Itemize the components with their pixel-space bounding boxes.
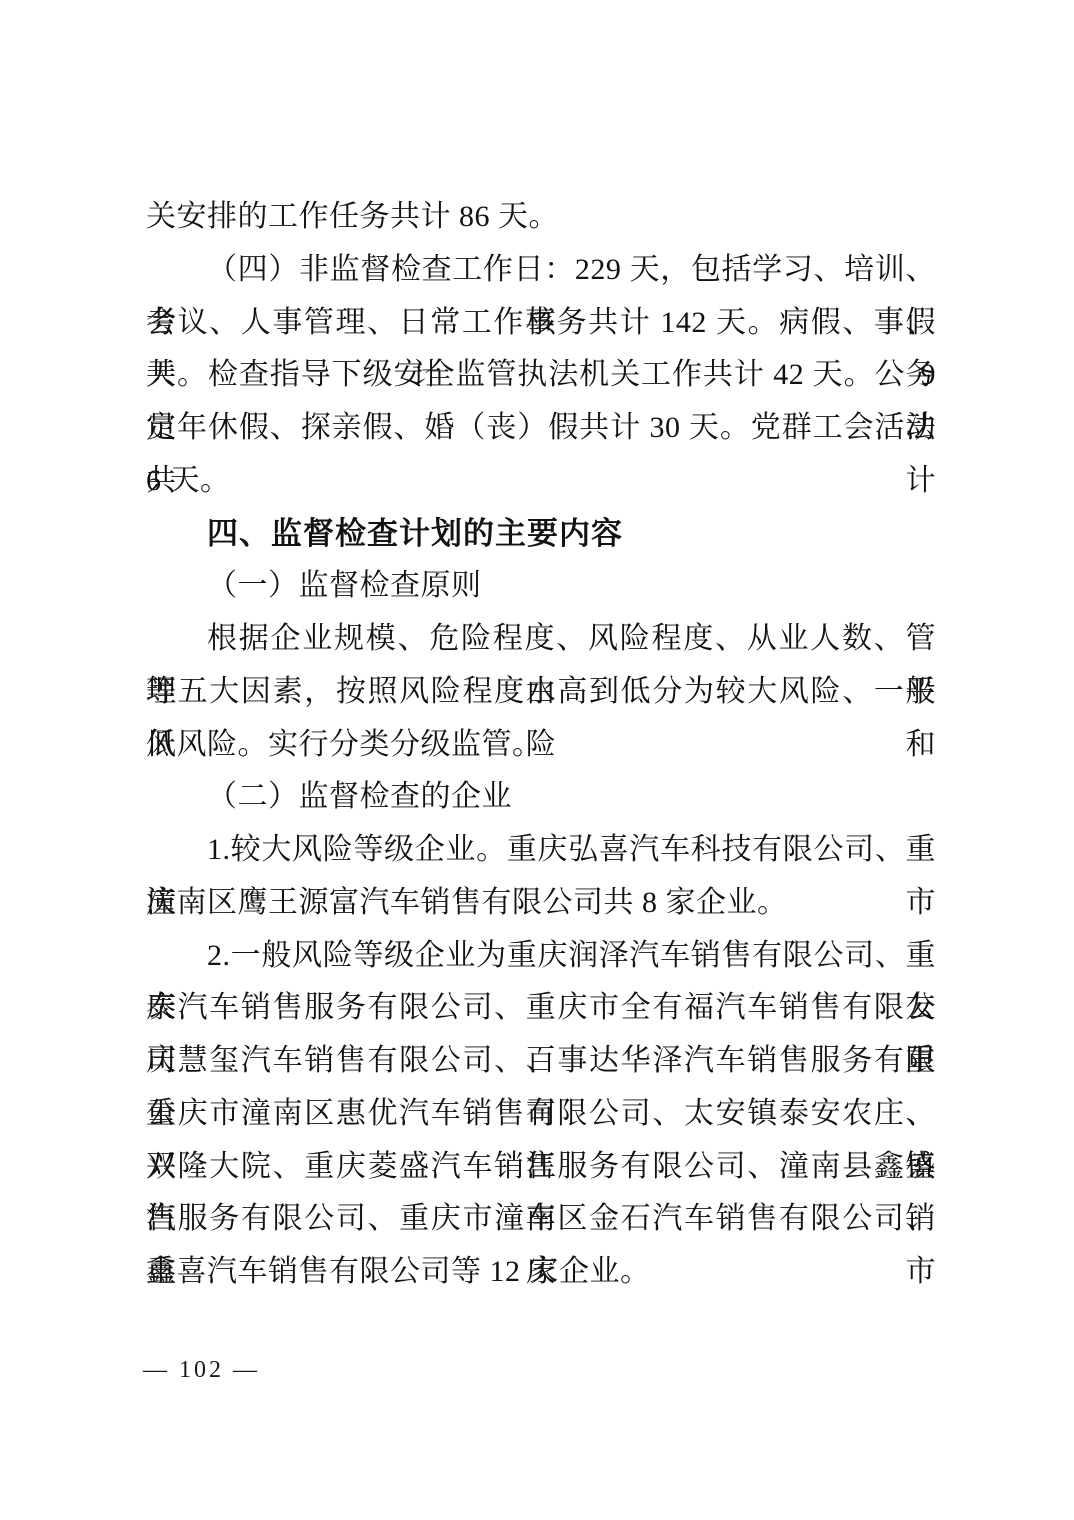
section-heading: 四、监督检查计划的主要内容 (146, 508, 936, 561)
body-line: 定年休假、探亲假、婚（丧）假共计 30 天。党群工会活动共计 (146, 402, 936, 455)
subsection-heading: （一）监督检查原则 (146, 560, 936, 613)
body-line: 1.较大风险等级企业。重庆弘喜汽车科技有限公司、重庆市 (146, 824, 936, 877)
body-line: 庆慧玺汽车销售有限公司、百事达华泽汽车销售服务有限公司、 (146, 1035, 936, 1088)
body-line: 等五大因素，按照风险程度由高到低分为较大风险、一般风险和 (146, 666, 936, 719)
body-line: 泰汽车销售服务有限公司、重庆市全有福汽车销售有限公司、重 (146, 982, 936, 1035)
body-line: 2.一般风险等级企业为重庆润泽汽车销售有限公司、重庆友 (146, 930, 936, 983)
body-line: 重庆市潼南区惠优汽车销售有限公司、太安镇泰安农庄、双江镇 (146, 1088, 936, 1141)
page-number: — 102 — (143, 1357, 260, 1384)
body-line: 会议、人事管理、日常工作事务共计 142 天。病假、事假共计 9 (146, 297, 936, 350)
body-line: 售服务有限公司、重庆市潼南区金石汽车销售有限公司、重庆市 (146, 1193, 936, 1246)
subsection-heading: （二）监督检查的企业 (146, 771, 936, 824)
body-line: 关安排的工作任务共计 86 天。 (146, 191, 936, 244)
body-line: （四）非监督检查工作日：229 天，包括学习、培训、考核、 (146, 244, 936, 297)
document-page: 关安排的工作任务共计 86 天。 （四）非监督检查工作日：229 天，包括学习、… (0, 0, 1074, 1520)
body-line: 兴隆大院、重庆菱盛汽车销售服务有限公司、潼南县鑫盛汽车销 (146, 1141, 936, 1194)
body-line: 根据企业规模、危险程度、风险程度、从业人数、管理水平 (146, 613, 936, 666)
body-line: 天。检查指导下级安全监管执法机关工作共计 42 天。公务员法 (146, 349, 936, 402)
text-block: 关安排的工作任务共计 86 天。 （四）非监督检查工作日：229 天，包括学习、… (146, 191, 936, 1299)
